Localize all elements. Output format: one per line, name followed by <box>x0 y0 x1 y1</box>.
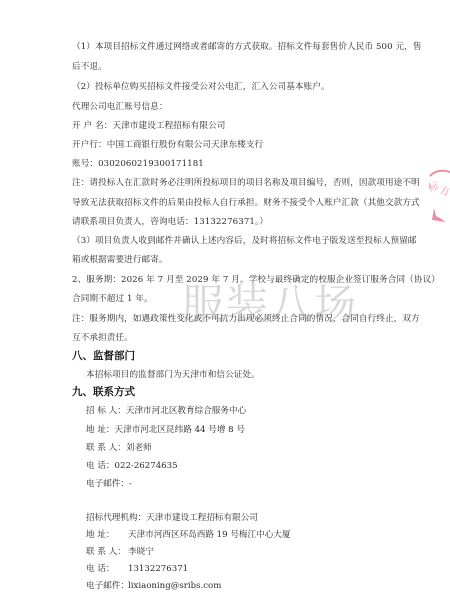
document-page: （1）本项目招标文件通过网络或者邮寄的方式获取。招标文件每套售价人民币 500 … <box>0 0 450 600</box>
paragraph-line: 开户行：中国工商银行股份有限公司天津东楼支行 <box>72 139 263 151</box>
field-label: 地 址： <box>86 424 115 436</box>
svg-text:方: 方 <box>438 183 450 198</box>
field-value: 李晓宁 <box>128 547 154 557</box>
paragraph-line: 合同期不超过 1 年。 <box>72 293 153 305</box>
agency-phone-row: 电 话：13132276371 <box>86 563 188 575</box>
field-value: 13132276371 <box>128 564 188 574</box>
field-value: 天津市河北区昆纬路 44 号增 8 号 <box>115 425 245 435</box>
agency-address-row: 地 址：天津市河西区环岛西路 19 号梅江中心大厦 <box>86 529 291 541</box>
section-heading-contact: 九、联系方式 <box>72 385 135 399</box>
paragraph-line: 互不承担责任。 <box>72 332 133 344</box>
field-value: 天津市河西区环岛西路 19 号梅江中心大厦 <box>128 530 291 540</box>
field-label: 联 系 人： <box>86 442 126 454</box>
tenderer-name-row: 招 标 人：天津市河北区教育综合服务中心 <box>86 405 246 417</box>
watermark-text: 服装八场 <box>182 272 358 332</box>
section-heading-supervision: 八、监督部门 <box>72 349 135 363</box>
agency-name-row: 招标代理机构：天津市建设工程招标有限公司 <box>86 512 258 524</box>
paragraph-line: 导致无法获取招标文件的后果由投标人自行承担。财务不接受个人账户汇款（其他交款方式 <box>72 197 420 209</box>
supervision-text: 本招标项目的监督部门为天津市和信公证处。 <box>86 369 260 381</box>
field-label: 招标代理机构： <box>86 512 146 524</box>
seal-stamp-icon: 标 方 <box>424 160 450 230</box>
tenderer-contact-row: 联 系 人：刘老师 <box>86 442 152 454</box>
paragraph-line: （2）投标单位购买招标文件接受公对公电汇，汇入公司基本账户。 <box>72 81 330 93</box>
field-label: 招 标 人： <box>86 405 126 417</box>
field-value: 天津市河北区教育综合服务中心 <box>126 406 246 416</box>
paragraph-line: 请联系项目负责人，咨询电话：13132276371。） <box>72 216 268 228</box>
tenderer-email-row: 电子邮件：- <box>86 478 132 490</box>
paragraph-line: 后不退。 <box>72 61 107 73</box>
paragraph-line: （1）本项目招标文件通过网络或者邮寄的方式获取。招标文件每套售价人民币 500 … <box>72 41 422 53</box>
agency-contact-row: 联 系 人：李晓宁 <box>86 546 154 558</box>
paragraph-line: 注：请投标人在汇款时务必注明所投标项目的项目名称及项目编号，否则，因款项用途不明 <box>72 177 420 189</box>
paragraph-line: 开 户 名：天津市建设工程招标有限公司 <box>72 120 225 132</box>
tenderer-phone-row: 电 话：022-26274635 <box>86 460 178 472</box>
field-label: 电子邮件： <box>86 478 129 490</box>
field-label: 联 系 人： <box>86 546 128 558</box>
tenderer-address-row: 地 址：天津市河北区昆纬路 44 号增 8 号 <box>86 424 245 436</box>
field-label: 电子邮件： <box>86 580 128 592</box>
agency-email-row: 电子邮件：lixiaoning@sribs.com <box>86 580 221 592</box>
field-label: 电 话： <box>86 460 115 472</box>
paragraph-line: 账号：0302060219300171181 <box>72 158 204 170</box>
paragraph-line: 代理公司电汇账号信息： <box>72 101 168 113</box>
paragraph-line: 箱或根据需要进行邮寄。 <box>72 254 168 266</box>
paragraph-line: （3）项目负责人收到邮件并确认上述内容后，及时将招标文件电子版发送至投标人预留邮 <box>72 235 417 247</box>
field-value: 022-26274635 <box>115 461 178 471</box>
field-label: 电 话： <box>86 563 128 575</box>
field-label: 地 址： <box>86 529 128 541</box>
field-value: 刘老师 <box>126 443 152 453</box>
field-value: lixiaoning@sribs.com <box>128 581 221 591</box>
field-value: - <box>129 479 132 489</box>
field-value: 天津市建设工程招标有限公司 <box>146 513 258 523</box>
